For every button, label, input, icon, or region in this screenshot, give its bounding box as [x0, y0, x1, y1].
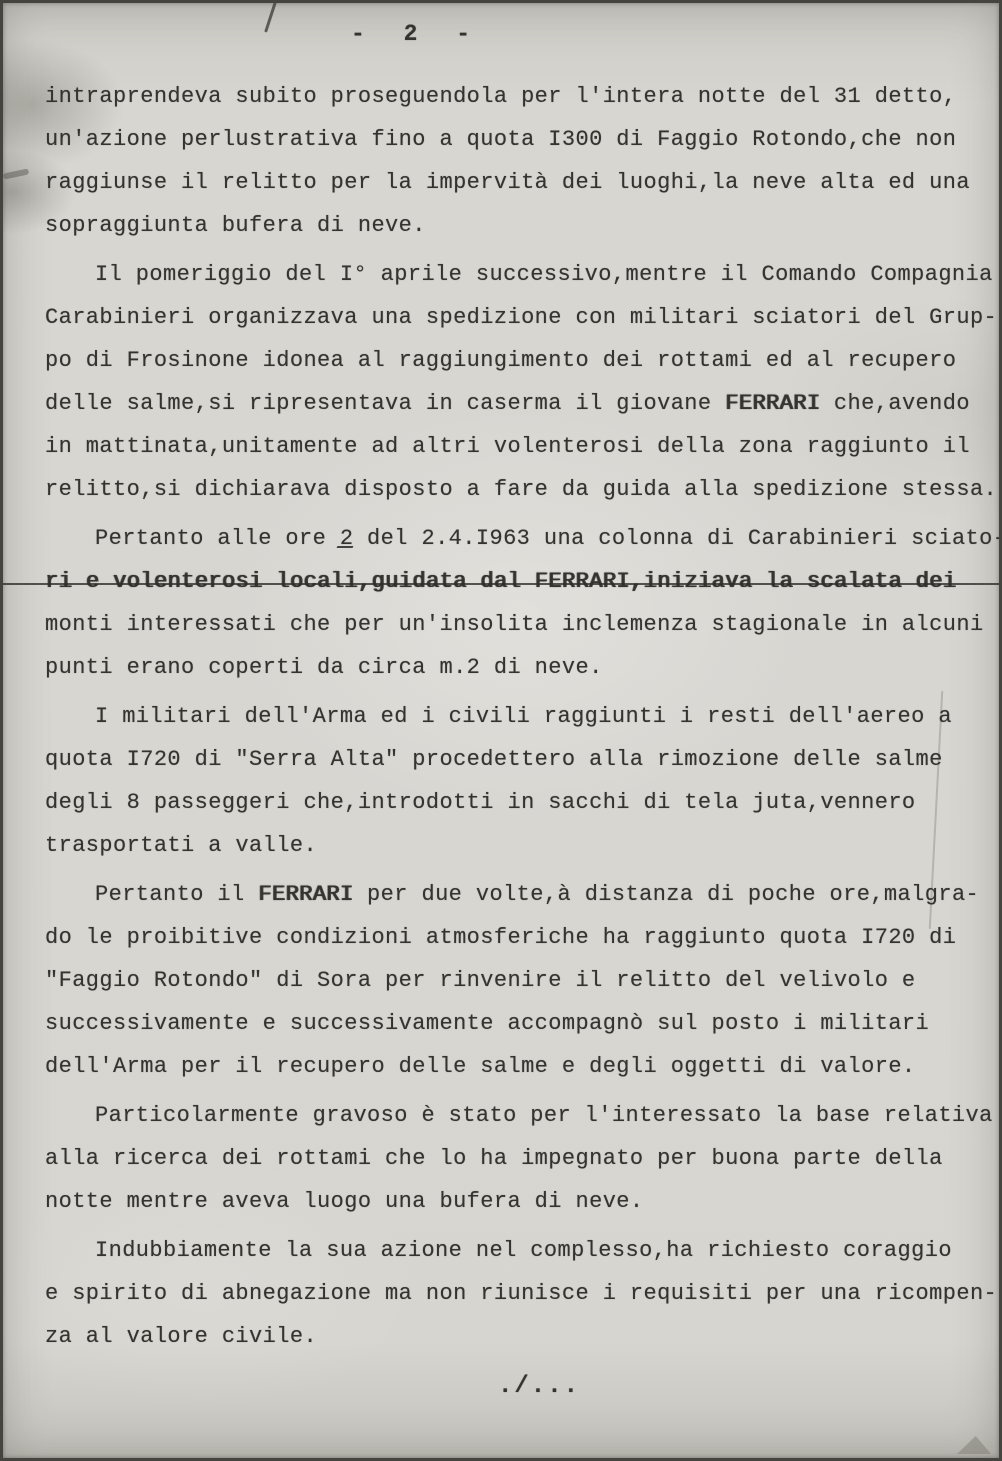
text-line: un'azione perlustrativa fino a quota I30… [45, 118, 979, 161]
text-line: e spirito di abnegazione ma non riunisce… [45, 1272, 979, 1315]
document-page: - 2 - intraprendeva subito proseguendola… [0, 0, 1002, 1461]
text-line: delle salme,si ripresentava in caserma i… [45, 382, 979, 425]
text-line: quota I720 di "Serra Alta" procedettero … [45, 738, 979, 781]
text-line: Carabinieri organizzava una spedizione c… [45, 296, 979, 339]
emphasized-name: FERRARI [258, 882, 353, 907]
emphasized-name: FERRARI [725, 391, 820, 416]
text-line: dell'Arma per il recupero delle salme e … [45, 1045, 979, 1088]
text-line: degli 8 passeggeri che,introdotti in sac… [45, 781, 979, 824]
text-line: "Faggio Rotondo" di Sora per rinvenire i… [45, 959, 979, 1002]
text-line: do le proibitive condizioni atmosferiche… [45, 916, 979, 959]
text-line: punti erano coperti da circa m.2 di neve… [45, 646, 979, 689]
paragraph: Particolarmente gravoso è stato per l'in… [45, 1094, 979, 1223]
text-line: po di Frosinone idonea al raggiungimento… [45, 339, 979, 382]
paragraph: intraprendeva subito proseguendola per l… [45, 75, 979, 247]
text-line: trasportati a valle. [45, 824, 979, 867]
underlined-text: 2 [340, 526, 354, 551]
text-line: raggiunse il relitto per la impervità de… [45, 161, 979, 204]
text-line: relitto,si dichiarava disposto a fare da… [45, 468, 979, 511]
text-line: Particolarmente gravoso è stato per l'in… [45, 1094, 979, 1137]
text-line: Pertanto alle ore 2 del 2.4.I963 una col… [45, 517, 979, 560]
paragraph: Pertanto alle ore 2 del 2.4.I963 una col… [45, 517, 979, 689]
text-line: sopraggiunta bufera di neve. [45, 204, 979, 247]
scan-artifact-corner [957, 1436, 991, 1454]
text-line: alla ricerca dei rottami che lo ha impeg… [45, 1137, 979, 1180]
text-line: in mattinata,unitamente ad altri volente… [45, 425, 979, 468]
text-line: I militari dell'Arma ed i civili raggiun… [45, 695, 979, 738]
page-content: - 2 - intraprendeva subito proseguendola… [3, 3, 999, 1402]
text-line: Il pomeriggio del I° aprile successivo,m… [45, 253, 979, 296]
text-line: Indubbiamente la sua azione nel compless… [45, 1229, 979, 1272]
text-line: successivamente e successivamente accomp… [45, 1002, 979, 1045]
paragraph: Indubbiamente la sua azione nel compless… [45, 1229, 979, 1358]
text-body: intraprendeva subito proseguendola per l… [45, 75, 979, 1358]
paragraph: Il pomeriggio del I° aprile successivo,m… [45, 253, 979, 511]
paragraph: Pertanto il FERRARI per due volte,à dist… [45, 873, 979, 1088]
text-line: notte mentre aveva luogo una bufera di n… [45, 1180, 979, 1223]
text-line: za al valore civile. [45, 1315, 979, 1358]
text-line: intraprendeva subito proseguendola per l… [45, 75, 979, 118]
continuation-mark: ./... [45, 1372, 979, 1402]
text-line: Pertanto il FERRARI per due volte,à dist… [45, 873, 979, 916]
text-line: monti interessati che per un'insolita in… [45, 603, 979, 646]
struck-text-line: ri e volenterosi locali,guidata dal FERR… [45, 560, 979, 603]
paragraph: I militari dell'Arma ed i civili raggiun… [45, 695, 979, 867]
page-number: - 2 - [351, 19, 479, 49]
